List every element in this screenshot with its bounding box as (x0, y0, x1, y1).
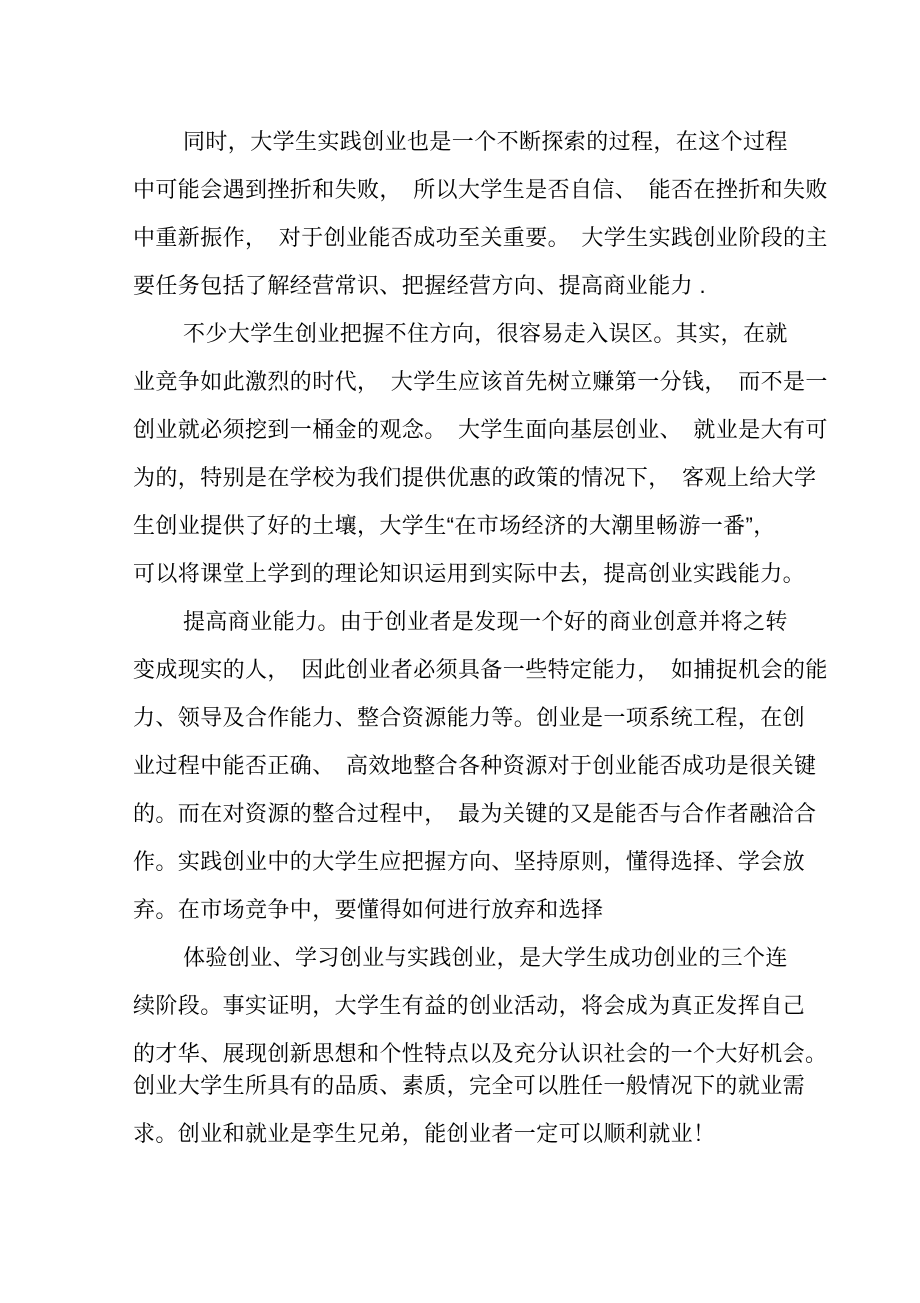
paragraph-4: 体验创业、学习创业与实践创业，是大学生成功创业的三个连 续阶段。事实证明，大学生… (133, 934, 860, 1158)
text-line: 创业大学生所具有的品质、素质，完全可以胜任一般情况下的就业需 (133, 1062, 860, 1110)
text-line: 提高商业能力。由于创业者是发现一个好的商业创意并将之转 (133, 598, 860, 646)
text-line: 作。实践创业中的大学生应把握方向、坚持原则，懂得选择、学会放 (133, 838, 860, 886)
paragraph-1: 同时，大学生实践创业也是一个不断探索的过程，在这个过程 中可能会遇到挫折和失败，… (133, 118, 860, 310)
text-line: 求。创业和就业是孪生兄弟，能创业者一定可以顺利就业！ (133, 1110, 860, 1158)
text-line: 的。而在对资源的整合过程中， 最为关键的又是能否与合作者融洽合 (133, 790, 860, 838)
text-line: 业竞争如此激烈的时代， 大学生应该首先树立赚第一分钱， 而不是一 (133, 358, 860, 406)
text-line: 不少大学生创业把握不住方向，很容易走入误区。其实，在就 (133, 310, 860, 358)
text-line: 要任务包括了解经营常识、把握经营方向、提高商业能力 . (133, 262, 860, 310)
text-line: 变成现实的人， 因此创业者必须具备一些特定能力， 如捕捉机会的能 (133, 646, 860, 694)
document-page: 同时，大学生实践创业也是一个不断探索的过程，在这个过程 中可能会遇到挫折和失败，… (0, 0, 920, 1303)
text-line: 续阶段。事实证明，大学生有益的创业活动，将会成为真正发挥自己 (133, 982, 860, 1030)
paragraph-2: 不少大学生创业把握不住方向，很容易走入误区。其实，在就 业竞争如此激烈的时代， … (133, 310, 860, 598)
paragraph-3: 提高商业能力。由于创业者是发现一个好的商业创意并将之转 变成现实的人， 因此创业… (133, 598, 860, 934)
text-line: 中重新振作， 对于创业能否成功至关重要。 大学生实践创业阶段的主 (133, 214, 860, 262)
text-line: 力、领导及合作能力、整合资源能力等。创业是一项系统工程，在创 (133, 694, 860, 742)
text-line: 弃。在市场竞争中，要懂得如何进行放弃和选择 (133, 886, 860, 934)
text-line: 可以将课堂上学到的理论知识运用到实际中去，提高创业实践能力。 (133, 550, 860, 598)
text-line: 创业就必须挖到一桶金的观念。 大学生面向基层创业、 就业是大有可 (133, 406, 860, 454)
text-line: 业过程中能否正确、 高效地整合各种资源对于创业能否成功是很关键 (133, 742, 860, 790)
text-line: 同时，大学生实践创业也是一个不断探索的过程，在这个过程 (133, 118, 860, 166)
text-line: 体验创业、学习创业与实践创业，是大学生成功创业的三个连 (133, 934, 860, 982)
text-line: 生创业提供了好的土壤，大学生“在市场经济的大潮里畅游一番”， (133, 502, 860, 550)
text-line: 为的，特别是在学校为我们提供优惠的政策的情况下， 客观上给大学 (133, 454, 860, 502)
text-line: 中可能会遇到挫折和失败， 所以大学生是否自信、 能否在挫折和失败 (133, 166, 860, 214)
